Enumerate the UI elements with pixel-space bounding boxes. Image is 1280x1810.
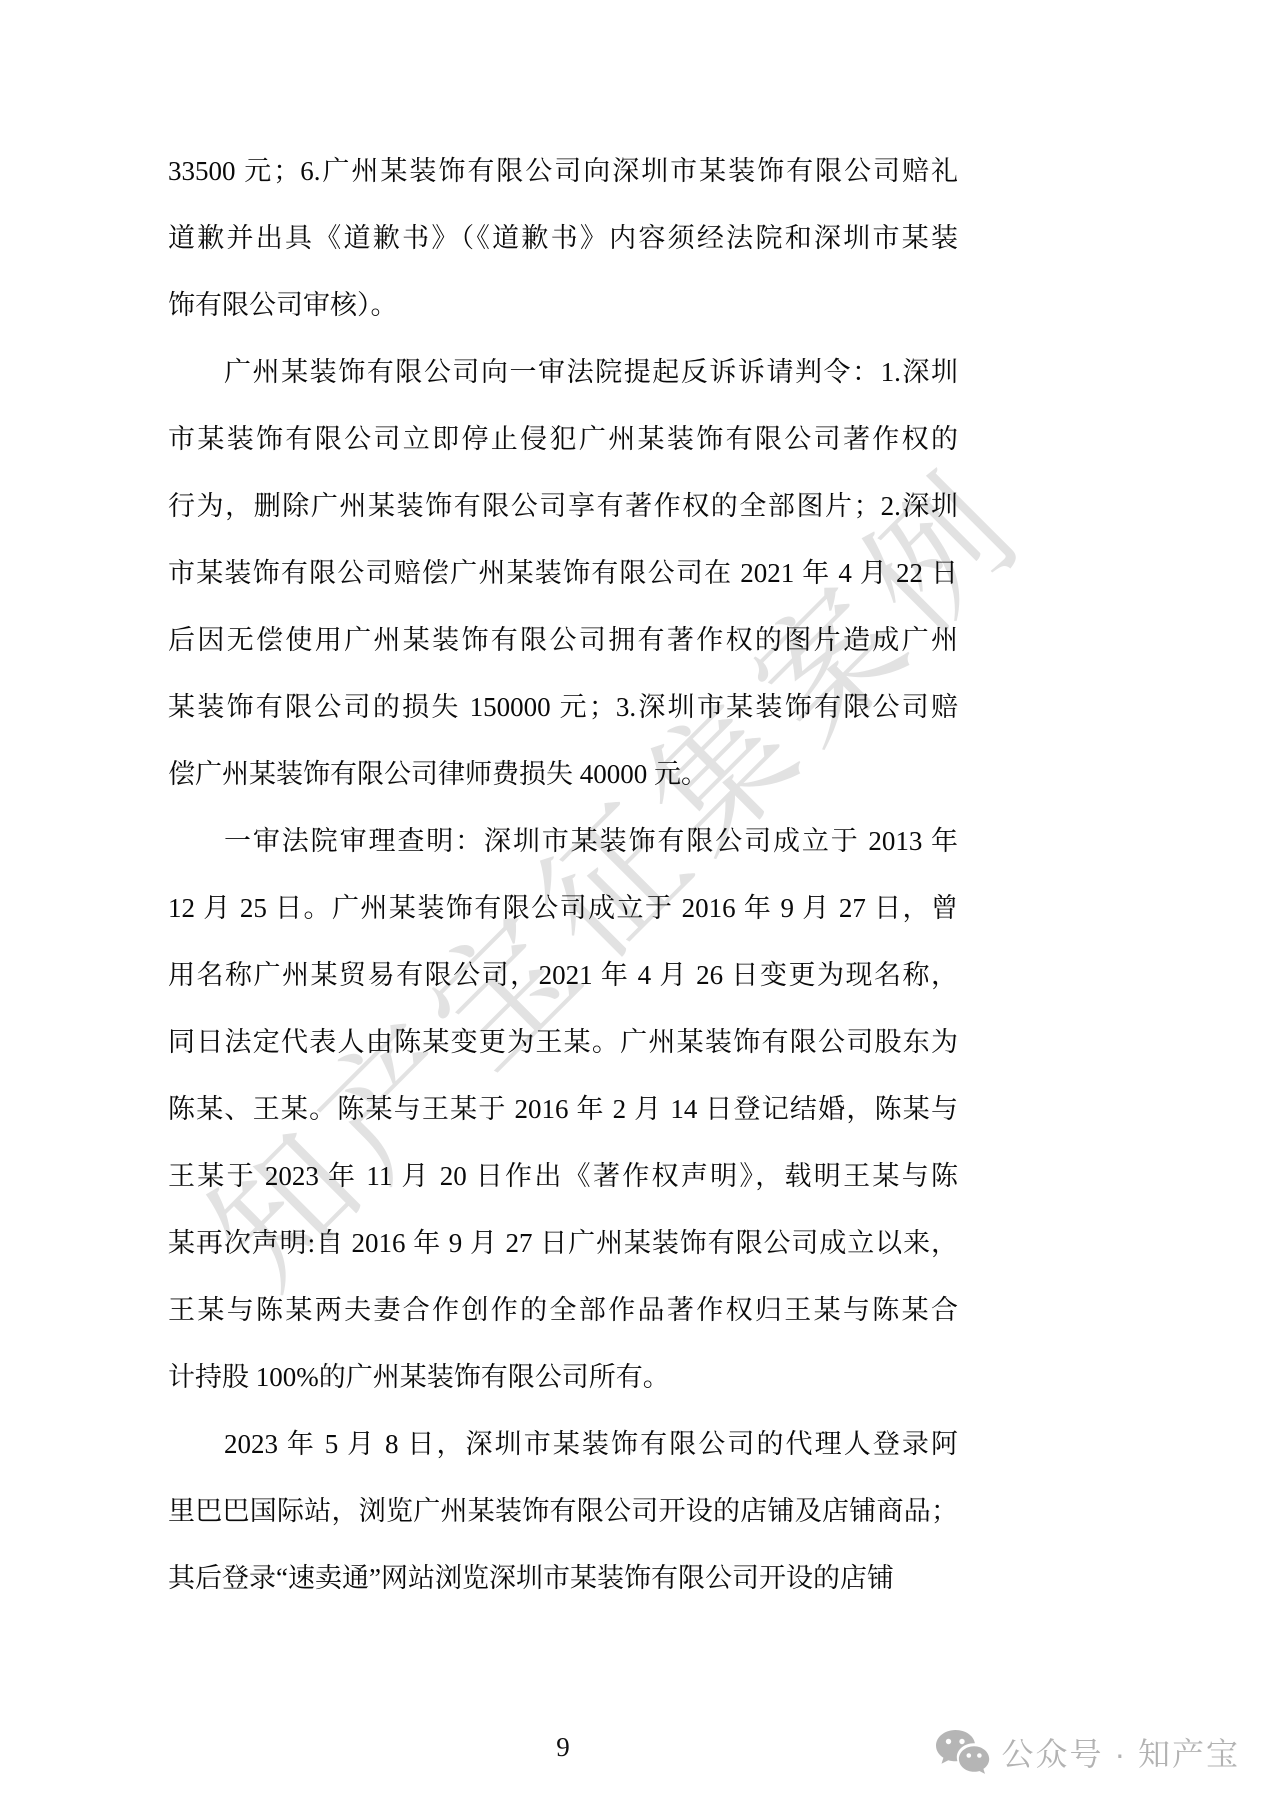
text-line: 12 月 25 日。广州某装饰有限公司成立于 2016 年 9 月 27 日，曾 bbox=[168, 875, 958, 942]
text-line: 行为，删除广州某装饰有限公司享有著作权的全部图片；2.深圳 bbox=[168, 473, 958, 540]
wechat-label: 公众号 · 知产宝 bbox=[1002, 1729, 1240, 1775]
wechat-icon bbox=[934, 1728, 990, 1776]
text-line: 计持股 100%的广州某装饰有限公司所有。 bbox=[168, 1344, 958, 1411]
text-line: 饰有限公司审核）。 bbox=[168, 272, 958, 339]
text-line: 里巴巴国际站，浏览广州某装饰有限公司开设的店铺及店铺商品； bbox=[168, 1478, 958, 1545]
page-number: 9 bbox=[168, 1732, 958, 1763]
text-line: 偿广州某装饰有限公司律师费损失 40000 元。 bbox=[168, 741, 958, 808]
text-line: 2023 年 5 月 8 日，深圳市某装饰有限公司的代理人登录阿 bbox=[168, 1411, 958, 1478]
text-line: 市某装饰有限公司立即停止侵犯广州某装饰有限公司著作权的 bbox=[168, 406, 958, 473]
judgment-body: 33500 元；6.广州某装饰有限公司向深圳市某装饰有限公司赔礼道歉并出具《道歉… bbox=[168, 138, 958, 1612]
text-line: 王某于 2023 年 11 月 20 日作出《著作权声明》，载明王某与陈 bbox=[168, 1143, 958, 1210]
text-line: 某装饰有限公司的损失 150000 元；3.深圳市某装饰有限公司赔 bbox=[168, 674, 958, 741]
text-line: 用名称广州某贸易有限公司，2021 年 4 月 26 日变更为现名称， bbox=[168, 942, 958, 1009]
wechat-badge: 公众号 · 知产宝 bbox=[934, 1728, 1240, 1776]
text-line: 33500 元；6.广州某装饰有限公司向深圳市某装饰有限公司赔礼 bbox=[168, 138, 958, 205]
text-line: 其后登录“速卖通”网站浏览深圳市某装饰有限公司开设的店铺 bbox=[168, 1545, 958, 1612]
text-line: 一审法院审理查明：深圳市某装饰有限公司成立于 2013 年 bbox=[168, 808, 958, 875]
document-page: 知产宝征集案例 33500 元；6.广州某装饰有限公司向深圳市某装饰有限公司赔礼… bbox=[0, 0, 1280, 1810]
text-line: 同日法定代表人由陈某变更为王某。广州某装饰有限公司股东为 bbox=[168, 1009, 958, 1076]
text-line: 后因无偿使用广州某装饰有限公司拥有著作权的图片造成广州 bbox=[168, 607, 958, 674]
text-line: 陈某、王某。陈某与王某于 2016 年 2 月 14 日登记结婚，陈某与 bbox=[168, 1076, 958, 1143]
text-line: 市某装饰有限公司赔偿广州某装饰有限公司在 2021 年 4 月 22 日 bbox=[168, 540, 958, 607]
text-line: 某再次声明:自 2016 年 9 月 27 日广州某装饰有限公司成立以来， bbox=[168, 1210, 958, 1277]
text-line: 道歉并出具《道歉书》（《道歉书》内容须经法院和深圳市某装 bbox=[168, 205, 958, 272]
text-line: 广州某装饰有限公司向一审法院提起反诉诉请判令：1.深圳 bbox=[168, 339, 958, 406]
text-line: 王某与陈某两夫妻合作创作的全部作品著作权归王某与陈某合 bbox=[168, 1277, 958, 1344]
